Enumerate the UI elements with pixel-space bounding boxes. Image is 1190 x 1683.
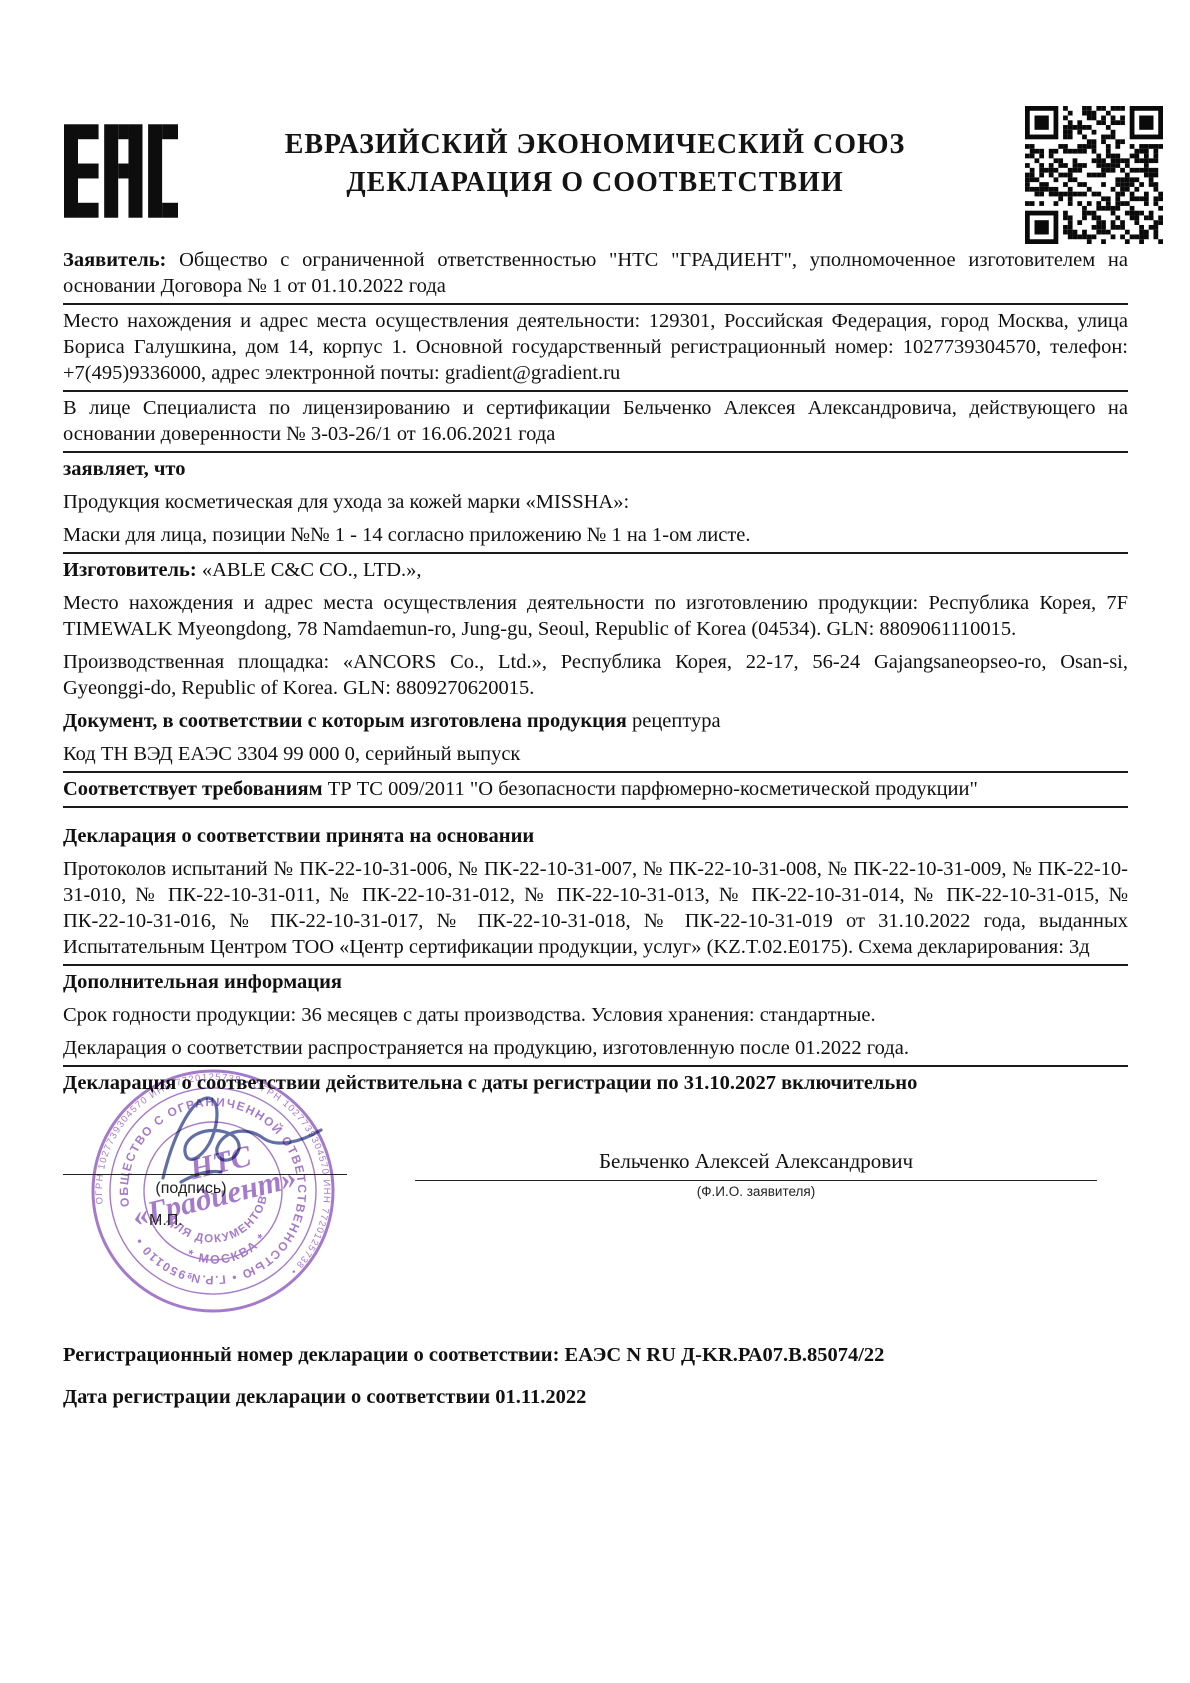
registration-date-line: Дата регистрации декларации о соответств…	[63, 1384, 1128, 1410]
test-protocols-paragraph: Протоколов испытаний № ПК-22-10-31-006, …	[63, 853, 1128, 964]
registration-footer: Регистрационный номер декларации о соотв…	[0, 1342, 1190, 1410]
compliance-value: ТР ТС 009/2011 "О безопасности парфюмерн…	[328, 778, 978, 800]
tnved-line: Код ТН ВЭД ЕАЭС 3304 99 000 0, серийный …	[63, 738, 1128, 771]
applicant-label: Заявитель:	[63, 249, 166, 271]
product-line-2: Маски для лица, позиции №№ 1 - 14 соглас…	[63, 519, 1128, 552]
signer-name: Бельченко Алексей Александрович	[415, 1148, 1097, 1174]
declaration-document: ЕВРАЗИЙСКИЙ ЭКОНОМИЧЕСКИЙ СОЮЗ ДЕКЛАРАЦИ…	[0, 0, 1190, 1683]
compliance-label: Соответствует требованиям	[63, 778, 323, 800]
registration-number-line: Регистрационный номер декларации о соотв…	[63, 1342, 1128, 1368]
compliance-paragraph: Соответствует требованиям ТР ТС 009/2011…	[63, 773, 1128, 806]
signature-area: ОГРН 1027739304570 ИНН 7720125738 • ОГРН…	[63, 1100, 1128, 1328]
document-title: ЕВРАЗИЙСКИЙ ЭКОНОМИЧЕСКИЙ СОЮЗ ДЕКЛАРАЦИ…	[185, 126, 1005, 202]
production-site: Производственная площадка: «ANCORS Co., …	[63, 646, 1128, 705]
qr-code	[1025, 106, 1163, 244]
manufacturer-address: Место нахождения и адрес места осуществл…	[63, 587, 1128, 646]
representative-paragraph: В лице Специалиста по лицензированию и с…	[63, 392, 1128, 451]
signature-line	[63, 1174, 347, 1175]
title-line-2: ДЕКЛАРАЦИЯ О СООТВЕТСТВИИ	[185, 164, 1005, 202]
applicant-value: Общество с ограниченной ответственностью…	[63, 249, 1128, 297]
section-gap	[63, 808, 1128, 820]
manufacturer-paragraph: Изготовитель: «ABLE C&C CO., LTD.»,	[63, 554, 1128, 587]
additional-info-label: Дополнительная информация	[63, 966, 1128, 999]
stamp-place-label: М.П.	[149, 1212, 183, 1230]
signer-name-line	[415, 1180, 1097, 1181]
product-line-1: Продукция косметическая для ухода за кож…	[63, 486, 1128, 519]
additional-line-1: Срок годности продукции: 36 месяцев с да…	[63, 999, 1128, 1032]
manufacturer-value: «ABLE C&C CO., LTD.»,	[202, 559, 422, 581]
basis-section-label: Декларация о соответствии принята на осн…	[63, 820, 1128, 853]
document-header: ЕВРАЗИЙСКИЙ ЭКОНОМИЧЕСКИЙ СОЮЗ ДЕКЛАРАЦИ…	[0, 0, 1190, 244]
document-basis-value: рецептура	[632, 710, 721, 732]
eac-mark-icon	[64, 120, 178, 222]
location-paragraph: Место нахождения и адрес места осуществл…	[63, 305, 1128, 390]
signer-block: Бельченко Алексей Александрович (Ф.И.О. …	[415, 1148, 1097, 1199]
document-basis-label: Документ, в соответствии с которым изгот…	[63, 710, 627, 732]
document-basis-paragraph: Документ, в соответствии с которым изгот…	[63, 705, 1128, 738]
signer-name-caption: (Ф.И.О. заявителя)	[415, 1184, 1097, 1199]
declares-label: заявляет, что	[63, 453, 1128, 486]
document-body: Заявитель: Общество с ограниченной ответ…	[0, 244, 1190, 1100]
signature-caption: (подпись)	[121, 1180, 261, 1198]
title-line-1: ЕВРАЗИЙСКИЙ ЭКОНОМИЧЕСКИЙ СОЮЗ	[185, 126, 1005, 164]
manufacturer-label: Изготовитель:	[63, 559, 197, 581]
applicant-paragraph: Заявитель: Общество с ограниченной ответ…	[63, 244, 1128, 303]
